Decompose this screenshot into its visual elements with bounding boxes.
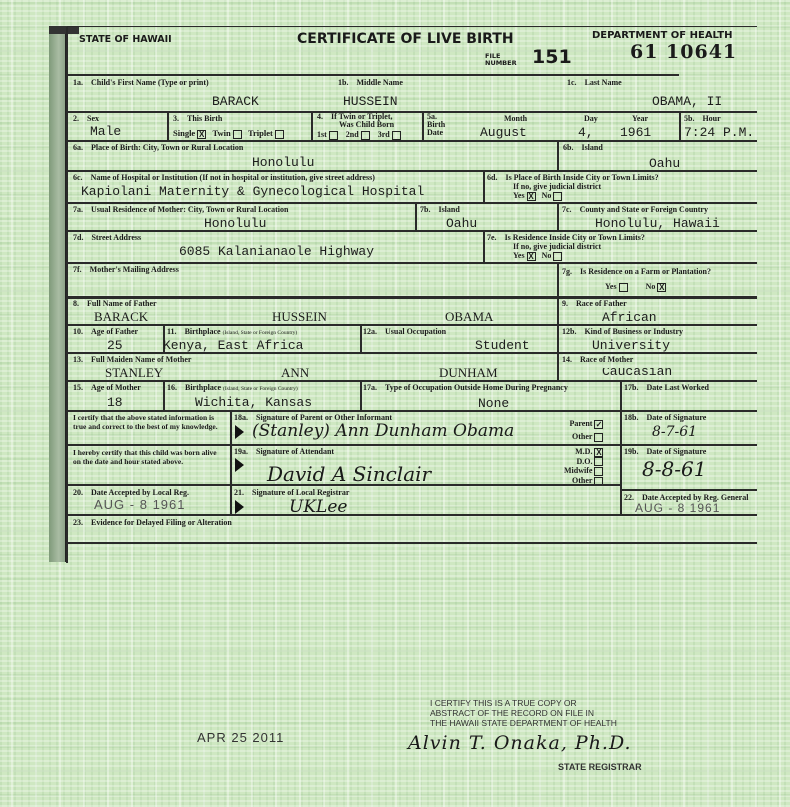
field-21-label: 21.Signature of Local Registrar	[234, 488, 349, 497]
informant-role-options: Parent✓ Other	[565, 417, 603, 443]
month-label: Month	[504, 114, 527, 123]
mother-first-name: STANLEY	[105, 365, 163, 381]
local-registrar-date-stamp: AUG - 8 1961	[94, 497, 186, 512]
signature-arrow-icon	[235, 500, 244, 514]
triplet-checkbox[interactable]	[275, 130, 284, 139]
field-20-label: 20.Date Accepted by Local Reg.	[73, 488, 189, 497]
divider	[67, 262, 757, 264]
field-7b-label: 7b.Island	[420, 205, 460, 214]
divider	[557, 296, 559, 324]
7g-no-checkbox[interactable]: X	[657, 283, 666, 292]
divider	[557, 352, 559, 380]
informant-certification: I certify that the above stated informat…	[73, 414, 223, 431]
field-7d-label: 7d.Street Address	[73, 233, 141, 242]
divider	[557, 140, 559, 170]
registrar-general-date-stamp: AUG - 8 1961	[635, 501, 720, 515]
father-last-name: OBAMA	[445, 309, 493, 325]
copy-certification: I CERTIFY THIS IS A TRUE COPY OR ABSTRAC…	[430, 698, 617, 728]
divider	[483, 230, 485, 262]
field-7f-label: 7f.Mother's Mailing Address	[73, 265, 179, 274]
field-16-label: 16.Birthplace (Island, State or Foreign …	[167, 383, 298, 392]
department-label: DEPARTMENT OF HEALTH	[592, 30, 732, 41]
field-9-label: 9.Race of Father	[562, 299, 627, 308]
field-17a-label: 17a.Type of Occupation Outside Home Duri…	[363, 383, 568, 392]
mother-street-address: 6085 Kalanianaole Highway	[179, 244, 374, 259]
attendant-signature-date: 8-8-61	[642, 457, 706, 481]
second-checkbox[interactable]	[361, 131, 370, 140]
informant-signature: (Stanley) Ann Dunham Obama	[252, 421, 514, 441]
certify-line-2: ABSTRACT OF THE RECORD ON FILE IN	[430, 708, 617, 718]
mother-residence-city: Honolulu	[204, 216, 266, 231]
father-birthplace: Kenya, East Africa	[163, 338, 303, 353]
divider	[67, 380, 757, 382]
father-middle-name: HUSSEIN	[272, 309, 327, 325]
divider	[67, 324, 757, 326]
informant-signature-date: 8-7-61	[652, 424, 697, 440]
attendant-role-options: M.D.X D.O. Midwife Other	[572, 447, 603, 486]
divider	[67, 230, 757, 232]
divider	[415, 202, 417, 230]
field-15-label: 15.Age of Mother	[73, 383, 141, 392]
divider	[67, 542, 757, 544]
document-title: CERTIFICATE OF LIVE BIRTH	[297, 31, 514, 47]
farm-options: Yes NoX	[605, 282, 666, 292]
divider	[679, 111, 681, 140]
attendant-signature: David A Sinclair	[267, 462, 431, 486]
child-last-name: OBAMA, II	[652, 94, 722, 109]
mother-age: 18	[107, 395, 123, 410]
state-registrar-signature: Alvin T. Onaka, Ph.D.	[408, 732, 632, 754]
mother-occupation: None	[478, 396, 509, 411]
7g-yes-checkbox[interactable]	[619, 283, 628, 292]
single-checkbox[interactable]: X	[197, 130, 206, 139]
field-12b-label: 12b.Kind of Business or Industry	[562, 327, 683, 336]
divider	[557, 202, 559, 230]
state-registrar-title: STATE REGISTRAR	[558, 762, 642, 772]
divider	[620, 489, 757, 491]
field-13-label: 13.Full Maiden Name of Mother	[73, 355, 191, 364]
birth-island: Oahu	[649, 156, 680, 171]
divider	[67, 202, 757, 204]
father-age: 25	[107, 338, 123, 353]
binding-edge	[49, 26, 67, 562]
field-18b-label: 18b.Date of Signature	[624, 413, 706, 422]
md-checkbox[interactable]: X	[594, 448, 603, 457]
field-6b-label: 6b.Island	[563, 143, 603, 152]
father-first-name: BARACK	[94, 309, 148, 325]
field-7e-label: 7e.Is Residence Inside City or Town Limi…	[487, 233, 645, 261]
file-number: 151	[532, 46, 572, 68]
divider	[620, 380, 622, 410]
field-3-label: 3.This Birth	[173, 114, 222, 123]
7e-no-checkbox[interactable]	[553, 252, 562, 261]
signature-arrow-icon	[235, 425, 244, 439]
field-19b-label: 19b.Date of Signature	[624, 447, 706, 456]
divider	[67, 352, 757, 354]
header-divider	[67, 74, 679, 76]
divider	[620, 489, 622, 514]
mother-last-name: DUNHAM	[439, 365, 498, 381]
divider	[163, 380, 165, 410]
field-8-label: 8.Full Name of Father	[73, 299, 157, 308]
field-12a-label: 12a.Usual Occupation	[363, 327, 446, 336]
single-label: Single	[173, 128, 195, 138]
mother-residence-county: Honolulu, Hawaii	[595, 216, 720, 231]
third-checkbox[interactable]	[392, 131, 401, 140]
field-1c-label: 1c.Last Name	[567, 78, 622, 87]
triplet-label: Triplet	[248, 128, 273, 138]
section-divider	[67, 296, 757, 299]
field-4-label: 4.If Twin or Triplet,Was Child Born	[317, 113, 394, 129]
mother-middle-name: ANN	[281, 365, 309, 381]
father-race: African	[602, 310, 657, 325]
hospital-name: Kapiolani Maternity & Gynecological Hosp…	[81, 184, 424, 199]
left-border	[66, 27, 68, 563]
child-first-name: BARACK	[212, 94, 259, 109]
file-label-2: NUMBER	[485, 60, 517, 67]
divider	[557, 324, 559, 352]
divider	[67, 484, 620, 486]
first-checkbox[interactable]	[329, 131, 338, 140]
6d-no-checkbox[interactable]	[553, 192, 562, 201]
field-7g-label: 7g.Is Residence on a Farm or Plantation?	[562, 267, 711, 276]
field-6c-label: 6c.Name of Hospital or Institution (If n…	[73, 173, 375, 182]
child-middle-name: HUSSEIN	[343, 94, 398, 109]
field-14-label: 14.Race of Mother	[562, 355, 633, 364]
birth-hour: 7:24 P.M.	[684, 125, 754, 140]
mother-race: Caucasian	[602, 368, 672, 378]
attendant-certification: I hereby certify that this child was bor…	[73, 449, 223, 466]
field-5a-label: 5a.BirthDate	[427, 113, 445, 137]
divider	[360, 324, 362, 352]
field-1b-label: 1b.Middle Name	[338, 78, 403, 87]
field-23-label: 23.Evidence for Delayed Filing or Altera…	[73, 518, 232, 527]
field-7c-label: 7c.County and State or Foreign Country	[562, 205, 708, 214]
state-label: STATE OF HAWAII	[79, 34, 172, 45]
divider	[311, 111, 313, 140]
field-2-label: 2.Sex	[73, 114, 99, 123]
divider	[67, 140, 757, 142]
certify-line-1: I CERTIFY THIS IS A TRUE COPY OR	[430, 698, 617, 708]
divider	[167, 111, 169, 140]
twin-label: Twin	[212, 128, 230, 138]
birth-day: 4,	[578, 125, 594, 140]
year-label: Year	[632, 114, 648, 123]
field-5b-label: 5b.Hour	[684, 114, 721, 123]
divider	[230, 484, 232, 514]
divider	[360, 380, 362, 410]
mother-birthplace: Wichita, Kansas	[195, 395, 312, 410]
divider	[67, 444, 757, 446]
other-informant-checkbox[interactable]	[594, 433, 603, 442]
parent-checkbox[interactable]: ✓	[594, 420, 603, 429]
sex-value: Male	[90, 124, 121, 139]
midwife-checkbox[interactable]	[594, 467, 603, 476]
field-10-label: 10.Age of Father	[73, 327, 138, 336]
birth-type-options: SingleX Twin Triplet	[173, 128, 284, 139]
field-1a-label: 1a.Child's First Name (Type or print)	[73, 78, 209, 87]
day-label: Day	[584, 114, 598, 123]
birth-month: August	[480, 125, 527, 140]
certify-line-3: THE HAWAII STATE DEPARTMENT OF HEALTH	[430, 718, 617, 728]
mother-residence-island: Oahu	[446, 216, 477, 231]
certification-date: APR 25 2011	[197, 730, 284, 745]
divider	[422, 111, 424, 140]
divider	[557, 262, 559, 296]
divider	[620, 410, 622, 500]
divider	[67, 170, 757, 172]
birth-city: Honolulu	[252, 155, 314, 170]
6d-yes-checkbox[interactable]: X	[527, 192, 536, 201]
birth-year: 1961	[620, 125, 651, 140]
father-industry: University	[592, 338, 670, 353]
divider	[67, 111, 757, 113]
file-number-label: FILE NUMBER	[485, 53, 517, 67]
twin-checkbox[interactable]	[233, 130, 242, 139]
field-11-label: 11.Birthplace (Island, State or Foreign …	[167, 327, 297, 336]
birth-order-options: 1st 2nd 3rd	[317, 130, 401, 140]
do-checkbox[interactable]	[594, 457, 603, 466]
divider	[483, 170, 485, 202]
divider	[67, 410, 757, 412]
7e-yes-checkbox[interactable]: X	[527, 252, 536, 261]
field-6d-label: 6d.Is Place of Birth Inside City or Town…	[487, 173, 659, 201]
field-19a-label: 19a.Signature of Attendant	[234, 447, 334, 456]
field-6a-label: 6a.Place of Birth: City, Town or Rural L…	[73, 143, 243, 152]
birth-certificate: STATE OF HAWAII CERTIFICATE OF LIVE BIRT…	[67, 26, 757, 562]
field-7a-label: 7a.Usual Residence of Mother: City, Town…	[73, 205, 288, 214]
father-occupation: Student	[475, 338, 530, 353]
field-17b-label: 17b.Date Last Worked	[624, 383, 709, 392]
signature-arrow-icon	[235, 458, 244, 472]
certificate-number: 61 10641	[630, 41, 737, 63]
divider	[67, 514, 757, 516]
